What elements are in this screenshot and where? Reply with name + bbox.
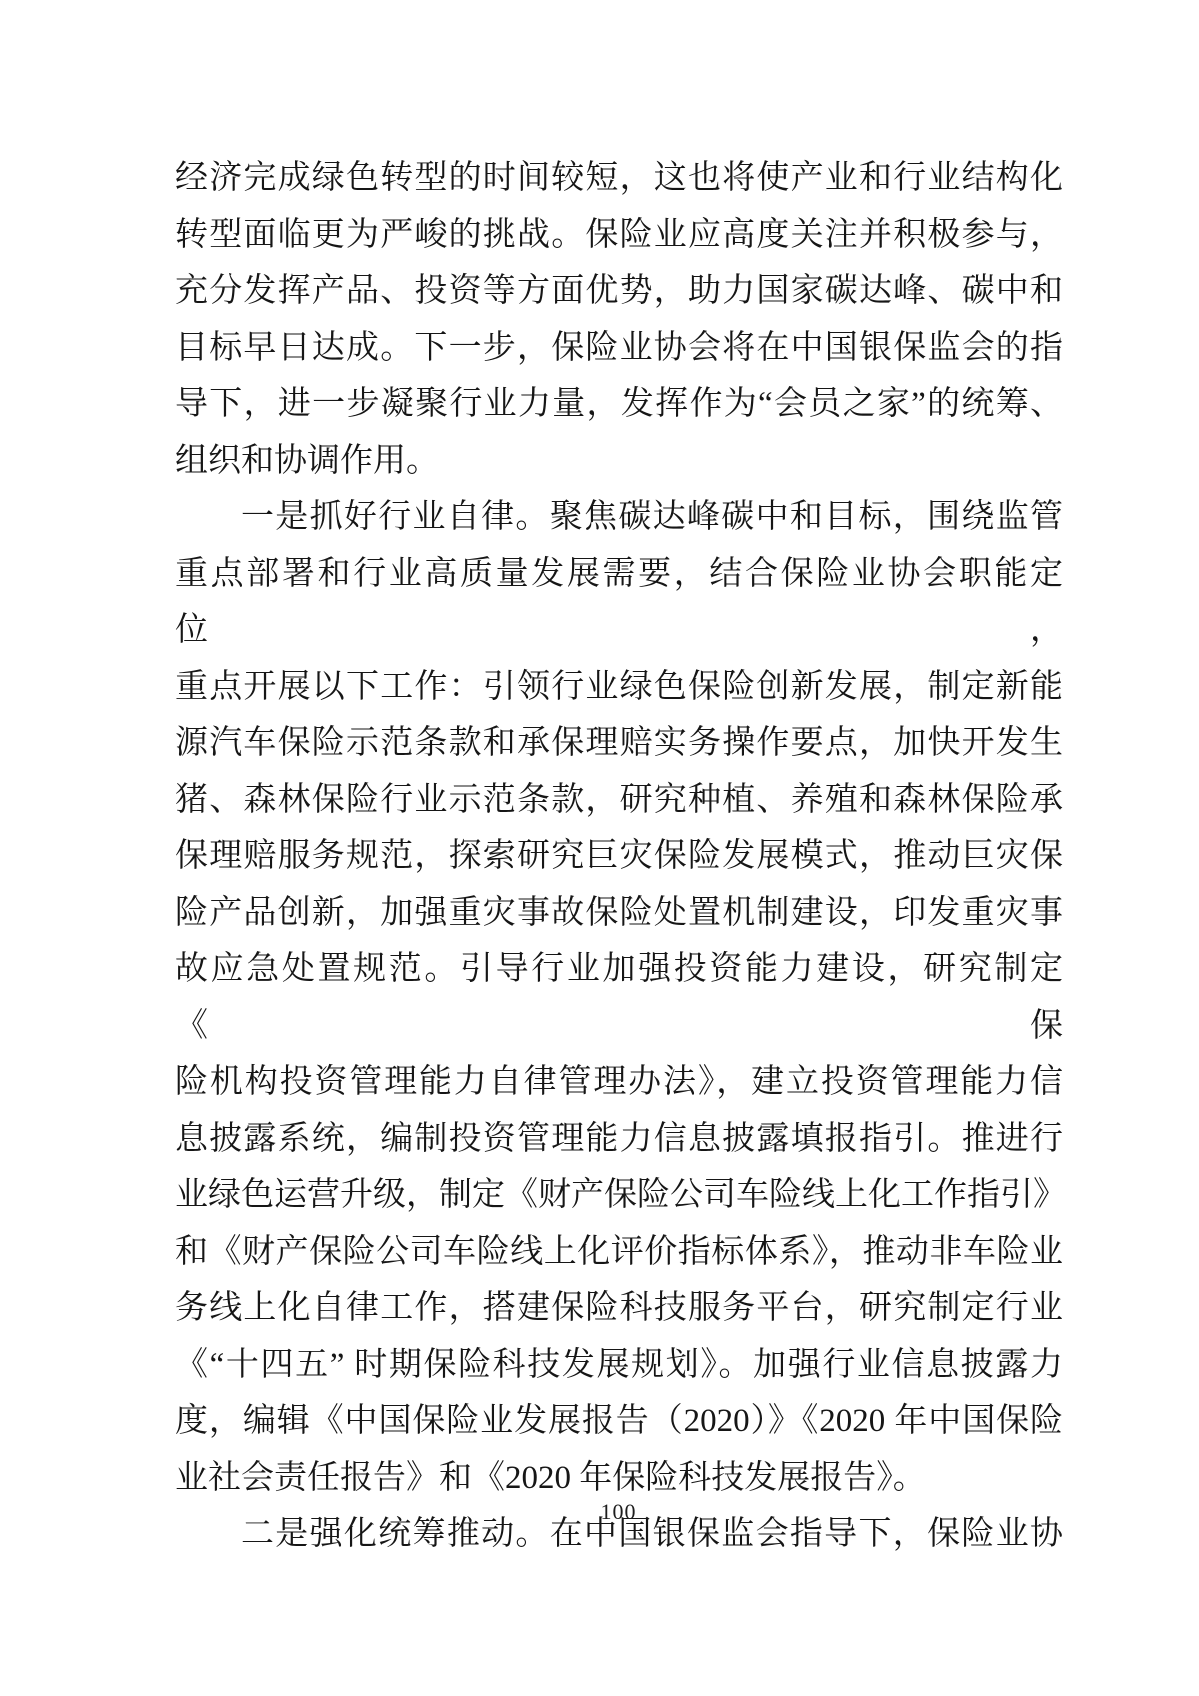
- text-line: 业绿色运营升级，制定《财产保险公司车险线上化工作指引》: [175, 1167, 1063, 1224]
- paragraph-2: 一是抓好行业自律。聚焦碳达峰碳中和目标，围绕监管 重点部署和行业高质量发展需要，…: [175, 489, 1063, 1506]
- text-line: 务线上化自律工作，搭建保险科技服务平台，研究制定行业: [175, 1280, 1063, 1337]
- text-line: 转型面临更为严峻的挑战。保险业应高度关注并积极参与，: [175, 207, 1063, 264]
- text-line: 经济完成绿色转型的时间较短，这也将使产业和行业结构化: [175, 150, 1063, 207]
- text-line: 一是抓好行业自律。聚焦碳达峰碳中和目标，围绕监管: [175, 489, 1063, 546]
- page-number: 100: [19, 1498, 1199, 1526]
- text-line: 导下，进一步凝聚行业力量，发挥作为“会员之家”的统筹、: [175, 376, 1063, 433]
- text-line: 充分发挥产品、投资等方面优势，助力国家碳达峰、碳中和: [175, 263, 1063, 320]
- text-line: 保理赔服务规范，探索研究巨灾保险发展模式，推动巨灾保: [175, 828, 1063, 885]
- text-line: 组织和协调作用。: [175, 433, 1063, 490]
- text-line: 源汽车保险示范条款和承保理赔实务操作要点，加快开发生: [175, 715, 1063, 772]
- text-line: 险机构投资管理能力自律管理办法》，建立投资管理能力信: [175, 1054, 1063, 1111]
- text-line: 息披露系统，编制投资管理能力信息披露填报指引。推进行: [175, 1111, 1063, 1168]
- text-line: 猪、森林保险行业示范条款，研究种植、养殖和森林保险承: [175, 772, 1063, 829]
- text-line: 目标早日达成。下一步，保险业协会将在中国银保监会的指: [175, 320, 1063, 377]
- text-line: 重点部署和行业高质量发展需要，结合保险业协会职能定位，: [175, 546, 1063, 659]
- text-line: 和《财产保险公司车险线上化评价指标体系》，推动非车险业: [175, 1224, 1063, 1281]
- text-line: 《“十四五” 时期保险科技发展规划》。加强行业信息披露力: [175, 1337, 1063, 1394]
- document-page: 经济完成绿色转型的时间较短，这也将使产业和行业结构化 转型面临更为严峻的挑战。保…: [0, 0, 1199, 1696]
- text-line: 险产品创新，加强重灾事故保险处置机制建设，印发重灾事: [175, 885, 1063, 942]
- paragraph-1: 经济完成绿色转型的时间较短，这也将使产业和行业结构化 转型面临更为严峻的挑战。保…: [175, 150, 1063, 489]
- text-line: 重点开展以下工作：引领行业绿色保险创新发展，制定新能: [175, 659, 1063, 716]
- page-body: 经济完成绿色转型的时间较短，这也将使产业和行业结构化 转型面临更为严峻的挑战。保…: [175, 150, 1063, 1563]
- text-line: 度，编辑《中国保险业发展报告（2020）》《2020 年中国保险: [175, 1393, 1063, 1450]
- text-line: 故应急处置规范。引导行业加强投资能力建设，研究制定《保: [175, 941, 1063, 1054]
